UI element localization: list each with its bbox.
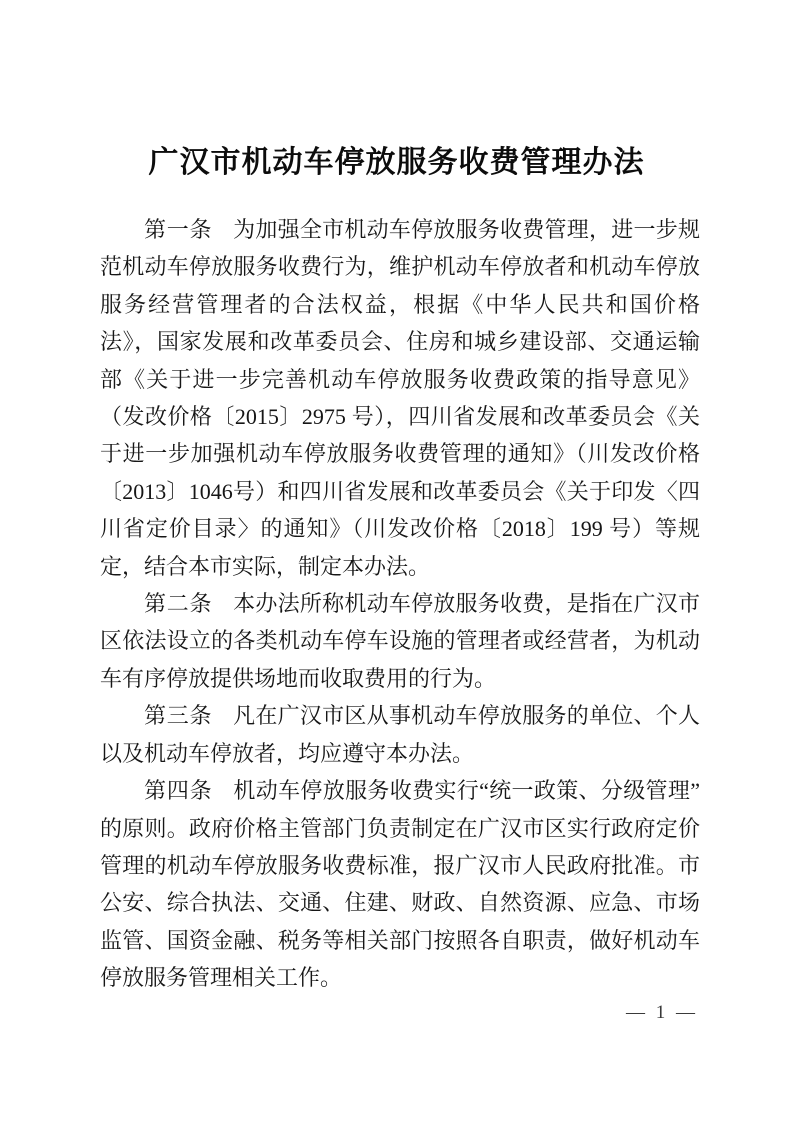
paragraph-article-3: 第三条凡在广汉市区从事机动车停放服务的单位、个人以及机动车停放者，均应遵守本办法…	[100, 697, 700, 772]
document-body: 第一条为加强全市机动车停放服务收费管理，进一步规范机动车停放服务收费行为，维护机…	[100, 211, 700, 997]
page-number: — 1 —	[626, 1002, 698, 1024]
article-1-text: 为加强全市机动车停放服务收费管理，进一步规范机动车停放服务收费行为，维护机动车停…	[100, 217, 700, 579]
document-title: 广汉市机动车停放服务收费管理办法	[0, 137, 793, 181]
article-3-label: 第三条	[144, 703, 212, 728]
article-1-label: 第一条	[144, 217, 212, 242]
paragraph-article-4: 第四条机动车停放服务收费实行“统一政策、分级管理”的原则。政府价格主管部门负责制…	[100, 772, 700, 996]
article-2-label: 第二条	[144, 591, 212, 616]
article-4-label: 第四条	[144, 778, 213, 803]
article-4-text: 机动车停放服务收费实行“统一政策、分级管理”的原则。政府价格主管部门负责制定在广…	[100, 778, 700, 990]
paragraph-article-1: 第一条为加强全市机动车停放服务收费管理，进一步规范机动车停放服务收费行为，维护机…	[100, 211, 700, 585]
document-page: 广汉市机动车停放服务收费管理办法 第一条为加强全市机动车停放服务收费管理，进一步…	[0, 0, 793, 1122]
paragraph-article-2: 第二条本办法所称机动车停放服务收费，是指在广汉市区依法设立的各类机动车停车设施的…	[100, 585, 700, 697]
